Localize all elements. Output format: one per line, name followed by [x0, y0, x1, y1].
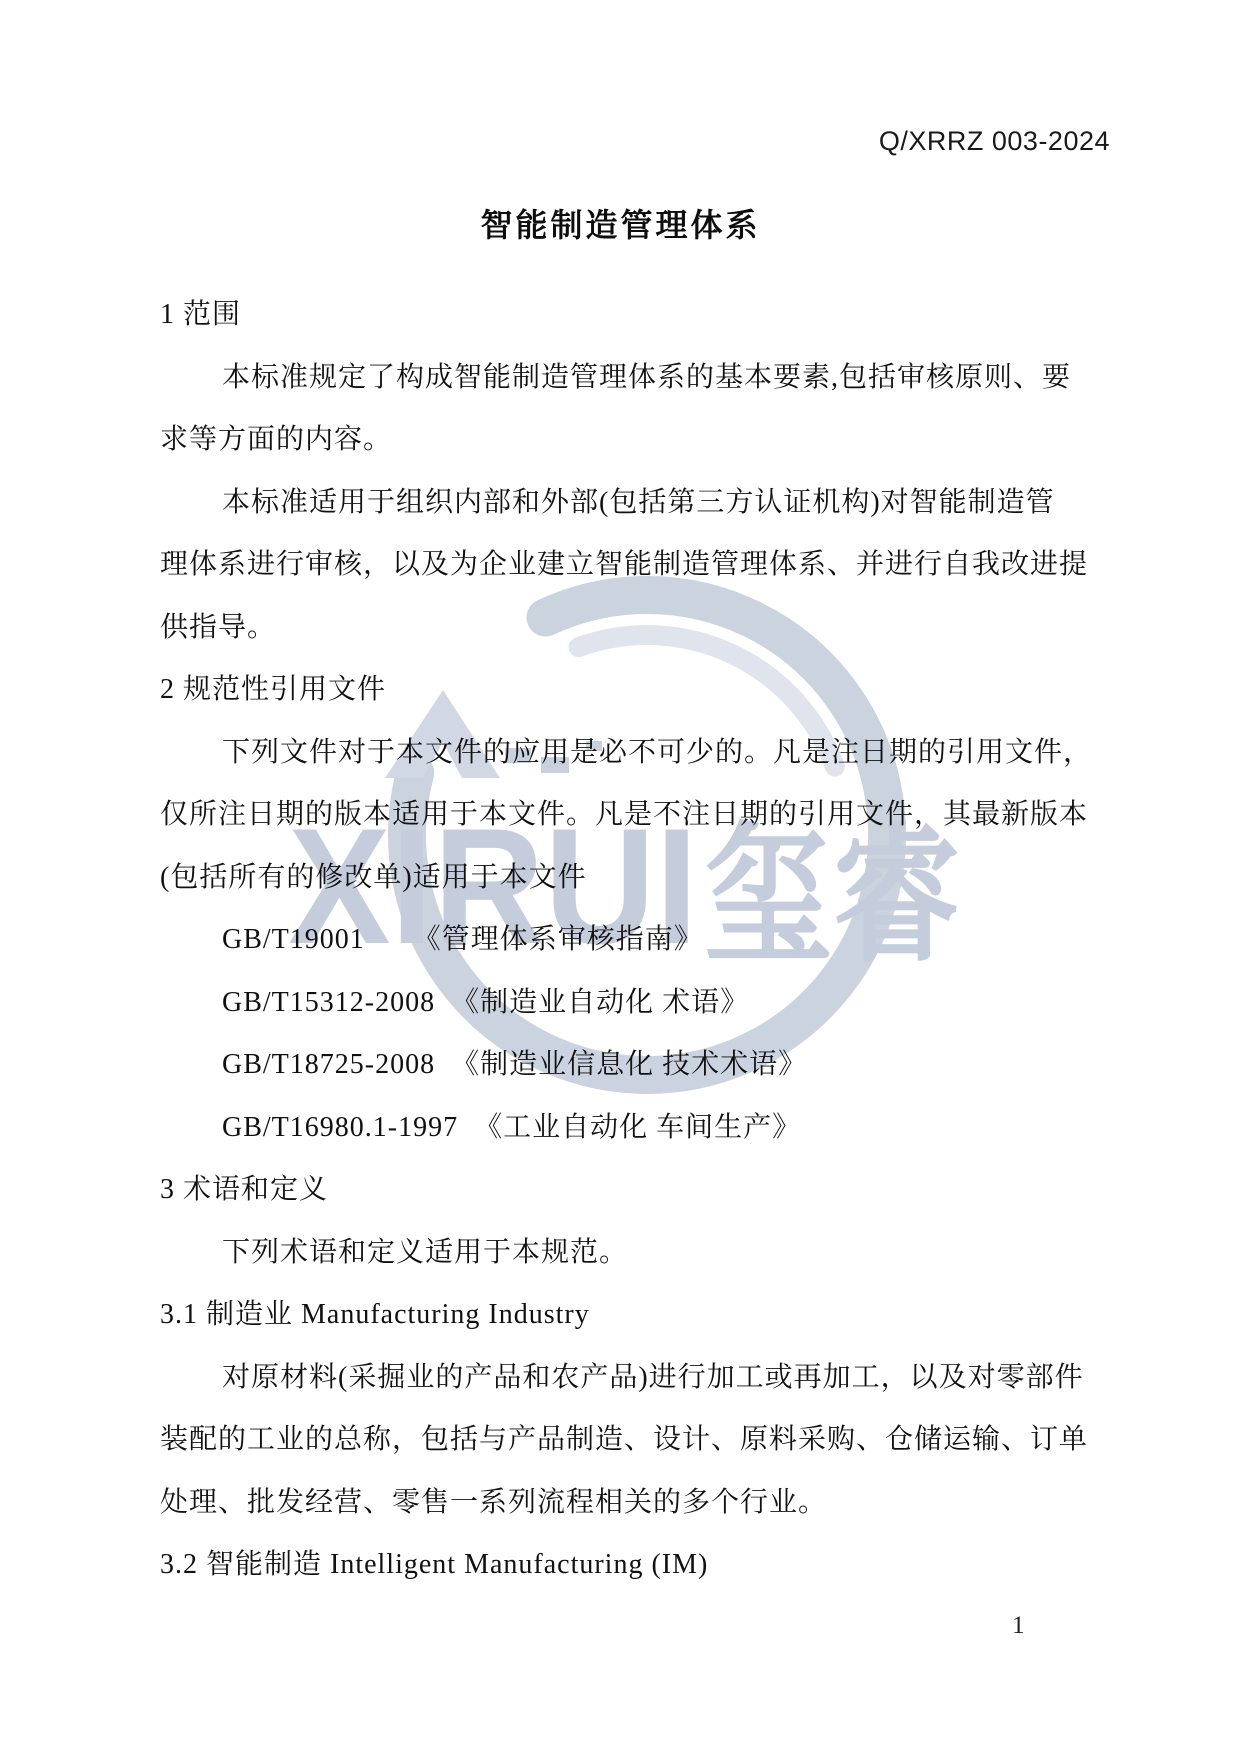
section-3-2-heading: 3.2 智能制造 Intelligent Manufacturing (IM)	[160, 1534, 1101, 1597]
doc-line: (包括所有的修改单)适用于本文件	[160, 847, 1101, 910]
doc-line: 对原材料(采掘业的产品和农产品)进行加工或再加工，以及对零部件	[160, 1347, 1101, 1410]
doc-line: 本标准适用于组织内部和外部(包括第三方认证机构)对智能制造管	[160, 472, 1101, 535]
doc-line: 下列文件对于本文件的应用是必不可少的。凡是注日期的引用文件，	[160, 722, 1101, 785]
page-title: 智能制造管理体系	[0, 200, 1241, 246]
page-number: 1	[1012, 1612, 1025, 1640]
section-3-1-heading: 3.1 制造业 Manufacturing Industry	[160, 1284, 1101, 1347]
doc-line: 下列术语和定义适用于本规范。	[160, 1222, 1101, 1285]
doc-body: 1 范围 本标准规定了构成智能制造管理体系的基本要素,包括审核原则、要 求等方面…	[160, 284, 1101, 1597]
reference-line: GB/T19001 《管理体系审核指南》	[160, 909, 1101, 972]
document-page: XIRUI 玺睿 Q/XRRZ 003-2024 智能制造管理体系 1 范围 本…	[0, 0, 1241, 1754]
doc-line: 装配的工业的总称，包括与产品制造、设计、原料采购、仓储运输、订单	[160, 1409, 1101, 1472]
reference-line: GB/T16980.1-1997 《工业自动化 车间生产》	[160, 1097, 1101, 1160]
reference-line: GB/T15312-2008 《制造业自动化 术语》	[160, 972, 1101, 1035]
reference-line: GB/T18725-2008 《制造业信息化 技术术语》	[160, 1034, 1101, 1097]
doc-code: Q/XRRZ 003-2024	[879, 126, 1110, 157]
section-3-heading: 3 术语和定义	[160, 1159, 1101, 1222]
doc-line: 理体系进行审核，以及为企业建立智能制造管理体系、并进行自我改进提	[160, 534, 1101, 597]
doc-line: 求等方面的内容。	[160, 409, 1101, 472]
section-2-heading: 2 规范性引用文件	[160, 659, 1101, 722]
doc-line: 本标准规定了构成智能制造管理体系的基本要素,包括审核原则、要	[160, 347, 1101, 410]
doc-line: 供指导。	[160, 597, 1101, 660]
section-1-heading: 1 范围	[160, 284, 1101, 347]
doc-line: 处理、批发经营、零售一系列流程相关的多个行业。	[160, 1472, 1101, 1535]
doc-line: 仅所注日期的版本适用于本文件。凡是不注日期的引用文件，其最新版本	[160, 784, 1101, 847]
